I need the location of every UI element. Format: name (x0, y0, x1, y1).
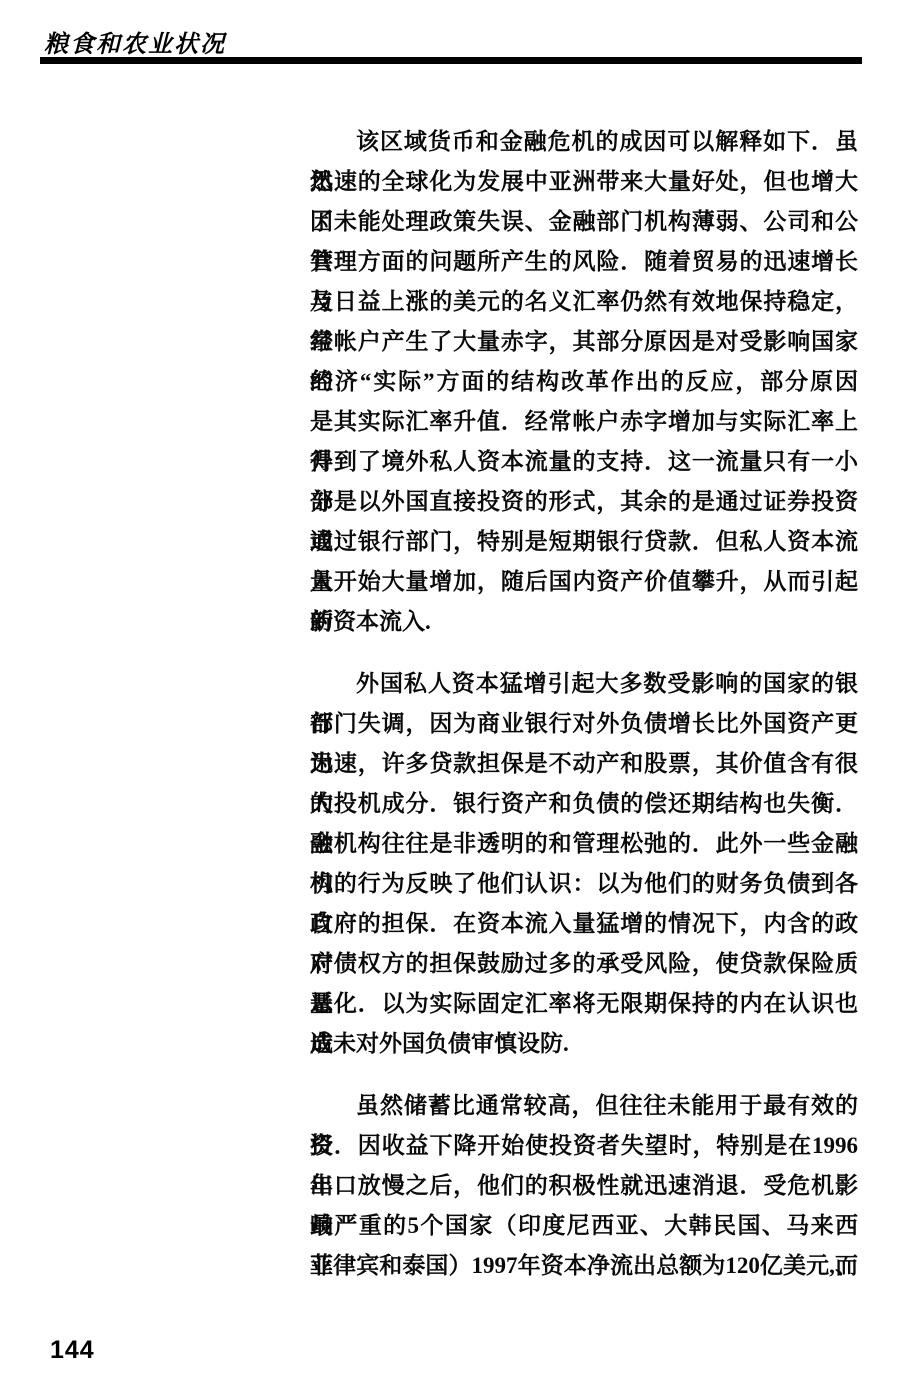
header-rule (40, 57, 862, 64)
text-line: 因未能处理政策失误、金融部门机构薄弱、公司和公共 (310, 202, 858, 242)
text-line: 经济“实际”方面的结构改革作出的反应，部分原因 (310, 362, 858, 402)
text-line: 与日益上涨的美元的名义汇率仍然有效地保持稳定，经 (310, 282, 858, 322)
text-line: 部门失调，因为商业银行对外负债增长比外国资产更为 (310, 704, 858, 744)
paragraph: 外国私人资本猛增引起大多数受影响的国家的银行部门失调，因为商业银行对外负债增长比… (310, 664, 858, 1064)
text-line: 得到了境外私人资本流量的支持．这一流量只有一小部 (310, 442, 858, 482)
body-text-block: 该区域货币和金融危机的成因可以解释如下．虽然迅速的全球化为发展中亚洲带来大量好处… (310, 122, 858, 1308)
running-header-title: 粮食和农业状况 (44, 24, 226, 59)
paragraph: 该区域货币和金融危机的成因可以解释如下．虽然迅速的全球化为发展中亚洲带来大量好处… (310, 122, 858, 642)
text-line: 最严重的5个国家（印度尼西亚、大韩民国、马来西亚、 (310, 1206, 858, 1246)
text-line: 的资本流入. (310, 602, 858, 642)
text-line: 通过银行部门，特别是短期银行贷款．但私人资本流入 (310, 522, 858, 562)
text-line: 恶化．以为实际固定汇率将无限期保持的内在认识也造 (310, 984, 858, 1024)
text-line: 融机构往往是非透明的和管理松弛的．此外一些金融机 (310, 824, 858, 864)
text-line: 构的行为反映了他们认识：以为他们的财务负债到各自 (310, 864, 858, 904)
text-line: 对债权方的担保鼓励过多的承受风险，使贷款保险质量 (310, 944, 858, 984)
text-line: 出口放慢之后，他们的积极性就迅速消退．受危机影响 (310, 1166, 858, 1206)
page-number: 144 (50, 1336, 95, 1365)
text-line: 迅速，许多贷款担保是不动产和股票，其价值含有很大 (310, 744, 858, 784)
text-line: 的投机成分．银行资产和负债的偿还期结构也失衡．金 (310, 784, 858, 824)
text-line: 分是以外国直接投资的形式，其余的是通过证券投资或 (310, 482, 858, 522)
text-line: 成未对外国负债审慎设防. (310, 1024, 858, 1064)
text-line: 资．因收益下降开始使投资者失望时，特别是在1996年 (310, 1126, 858, 1166)
text-line: 量开始大量增加，随后国内资产价值攀升，从而引起新 (310, 562, 858, 602)
text-line: 常帐户产生了大量赤字，其部分原因是对受影响国家的 (310, 322, 858, 362)
paragraph: 虽然储蓄比通常较高，但往往未能用于最有效的投资．因收益下降开始使投资者失望时，特… (310, 1086, 858, 1286)
text-line: 管理方面的问题所产生的风险．随着贸易的迅速增长及 (310, 242, 858, 282)
text-line: 该区域货币和金融危机的成因可以解释如下．虽然 (310, 122, 858, 162)
text-line: 是其实际汇率升值．经常帐户赤字增加与实际汇率上升 (310, 402, 858, 442)
text-line: 虽然储蓄比通常较高，但往往未能用于最有效的投 (310, 1086, 858, 1126)
text-line: 菲律宾和泰国）1997年资本净流出总额为120亿美元,而 (310, 1246, 858, 1286)
text-line: 外国私人资本猛增引起大多数受影响的国家的银行 (310, 664, 858, 704)
text-line: 迅速的全球化为发展中亚洲带来大量好处，但也增大了 (310, 162, 858, 202)
text-line: 政府的担保．在资本流入量猛增的情况下，内含的政府 (310, 904, 858, 944)
